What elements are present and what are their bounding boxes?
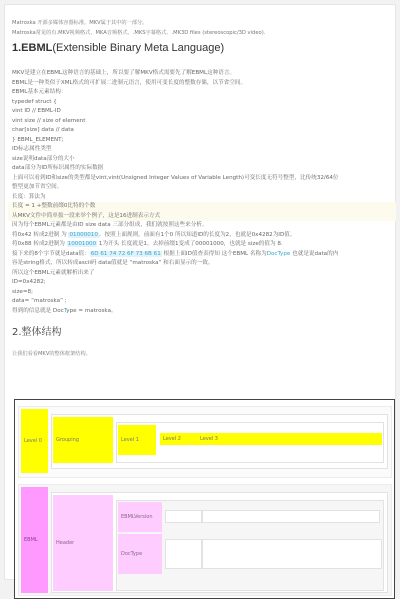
body-line: 从MKV文件中简单拔一段来举个例子，这是16进制表示方式	[12, 212, 396, 222]
header-box: Header	[53, 495, 113, 580]
result-line: 得到的信息就是 DocType = matroska。	[12, 307, 392, 317]
analysis-line: 接下来的8个字节就是data值：6D 61 74 72 6F 73 6B 61 …	[12, 250, 392, 260]
grouping-box: Grouping	[53, 417, 113, 463]
section2-title: 2.整体结构	[12, 326, 392, 340]
doctype-cell-2	[202, 539, 382, 569]
body-line: 长度 = 1 +整数前缀0比特的个数	[12, 202, 396, 212]
code-line: } EBML_ELEMENT;	[12, 136, 392, 146]
intro-line-2: Matroska常见的有.MKV视频格式、MKA音频格式、.MKS字幕格式、.M…	[12, 29, 392, 39]
code-line: ID=0x4282;	[12, 278, 392, 288]
binary-highlight: 01000010	[68, 232, 98, 238]
level2-3-bar: Level 2 Level 3	[160, 433, 382, 445]
body-line: data部分为ID所标识属性的实际数据	[12, 164, 392, 174]
analysis-line: 将0x88 转成2进制为 10001000 1为开头 长度就是1，去掉前缀1变成…	[12, 240, 392, 250]
highlight-block: 长度 = 1 +整数前缀0比特的个数 从MKV文件中简单拔一段来举个例子，这是1…	[8, 202, 396, 221]
code-line: vint ID // EBML-ID	[12, 107, 392, 117]
section1-title: 1.EBML(Extensible Binary Meta Language)	[12, 41, 392, 55]
body-line: ID标志属性类型	[12, 145, 392, 155]
body-line: 整型更加节省空间。	[12, 183, 392, 193]
code-line: typedef struct {	[12, 98, 392, 108]
body-line: 容是string格式，所以转成ascii码 data值就是 “matroska”…	[12, 259, 392, 269]
body-line: 所以这个EBML元素就解析出来了	[12, 269, 392, 279]
binary-highlight: 10001000	[67, 241, 97, 247]
document-page: Matroska 开源多媒体容器标准。MKV属于其中的一部分。 Matroska…	[4, 4, 396, 580]
level1-box: Level 1	[118, 425, 156, 455]
level0-box: Level 0	[21, 409, 48, 473]
intro-line-1: Matroska 开源多媒体容器标准。MKV属于其中的一部分。	[12, 19, 392, 29]
code-line: data= “matroska” ;	[12, 297, 392, 307]
doctype-cell-1	[165, 539, 202, 569]
doctype-box: DocType	[118, 534, 162, 574]
ebmlversion-cell-1	[165, 510, 202, 523]
body-line: size说明data部分的大小	[12, 155, 392, 165]
code-line: vint size // size of element	[12, 117, 392, 127]
ebmlversion-cell-2	[202, 510, 380, 523]
section1-title-rest: (Extensible Binary Meta Language)	[52, 42, 224, 54]
mkv-structure-diagram: Level 0 Grouping Level 1 Level 2 Level 3…	[14, 399, 395, 580]
body-line: 长度：算法为	[12, 193, 392, 203]
body-line: 因为每个EBML元素都是由ID size data 三部分组成，我们就按照这些来…	[12, 221, 392, 231]
body-line: MKV是建立在EBML这种语言的基础上，所以要了解MKV格式需要先了解EBML这…	[12, 69, 392, 79]
ebml-box: EBML	[21, 487, 48, 580]
body-line: EBML是一种类似于XML格式的可扩展二进制元语言，使用可变长度的整数存储，以节…	[12, 79, 392, 89]
level2-label: Level 2	[163, 436, 200, 442]
levels-legend-group: Level 0 Grouping Level 1 Level 2 Level 3	[18, 406, 392, 478]
document-content: Matroska 开源多媒体容器标准。MKV属于其中的一部分。 Matroska…	[12, 5, 392, 360]
code-line: size=8;	[12, 288, 392, 298]
code-line: char[size] data // data	[12, 126, 392, 136]
body-line: 上面可以看到ID和size的类型都是vint,vint(Unsigned Int…	[12, 174, 392, 184]
ebmlversion-box: EBMLVersion	[118, 502, 162, 532]
ebml-header-group: EBML Header EBMLVersion DocType	[18, 484, 392, 580]
hex-highlight: 6D 61 74 72 6F 73 6B 61	[90, 251, 162, 257]
section2-intro: 让我们看看MKV的整体框架结构。	[12, 350, 392, 360]
doctype-keyword: DocType	[267, 251, 291, 257]
body-line: EBML基本元素结构：	[12, 88, 392, 98]
analysis-line: 将0x42 转成2进制 为 01000010，按照上面规则，前面有1个0 所以知…	[12, 231, 392, 241]
level3-label: Level 3	[200, 436, 218, 442]
section1-title-bold: 1.EBML	[12, 42, 52, 54]
